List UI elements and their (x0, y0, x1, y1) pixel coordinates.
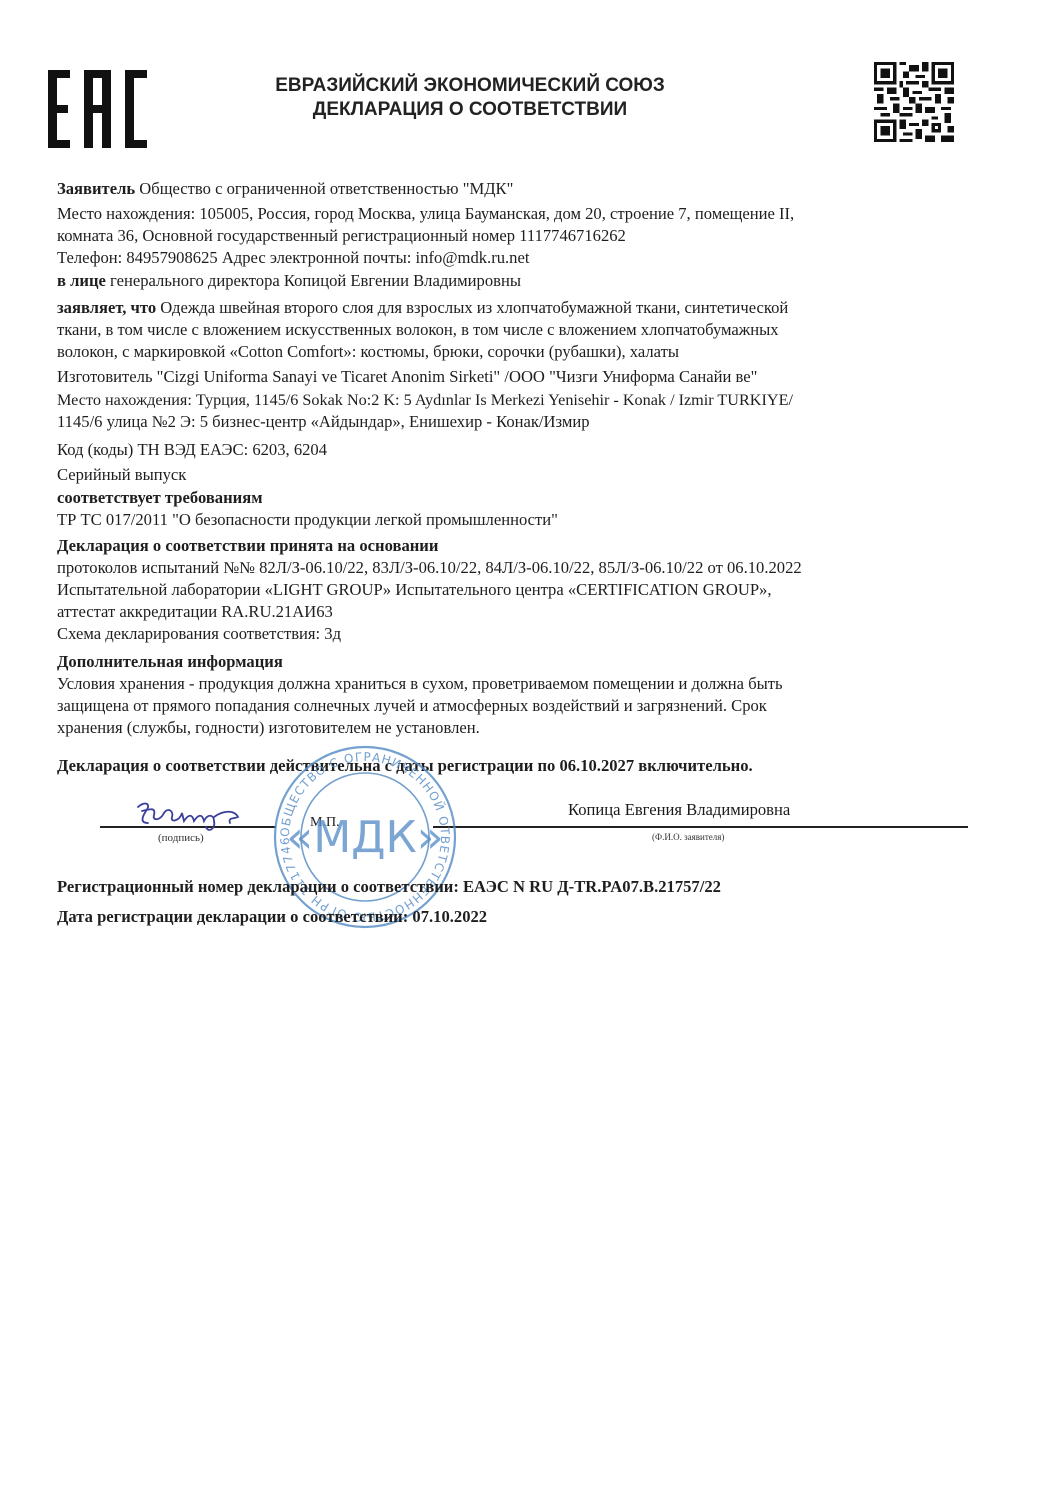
seal-center-text: «МДК» (286, 812, 443, 863)
declaration-scheme: Схема декларирования соответствия: 3д (57, 623, 341, 645)
accreditation: аттестат аккредитации RA.RU.21АИ63 (57, 601, 333, 623)
test-protocols: протоколов испытаний №№ 82Л/З-06.10/22, … (57, 557, 802, 579)
product-description-1: Одежда швейная второго слоя для взрослых… (156, 298, 788, 317)
storage-conditions-2: защищена от прямого попадания солнечных … (57, 695, 767, 717)
product-description-2: ткани, в том числе с вложением искусстве… (57, 319, 779, 341)
handwritten-signature (130, 795, 270, 835)
registration-number: Регистрационный номер декларации о соотв… (57, 876, 721, 898)
applicant-representative: в лице генерального директора Копицой Ев… (57, 270, 521, 292)
declares-label: заявляет, что (57, 298, 156, 317)
company-seal-stamp: ОБЩЕСТВО С ОГРАНИЧЕННОЙ ОТВЕТСТВЕННОСТЬЮ… (270, 742, 460, 932)
basis-label: Декларация о соответствии принята на осн… (57, 535, 438, 557)
tn-ved-codes: Код (коды) ТН ВЭД ЕАЭС: 6203, 6204 (57, 439, 327, 461)
product-description-3: волокон, с маркировкой «Cotton Comfort»:… (57, 341, 679, 363)
applicant-address-1: Место нахождения: 105005, Россия, город … (57, 203, 794, 225)
name-line (433, 826, 968, 828)
qr-code-icon[interactable] (874, 62, 954, 142)
manufacturer-name: Изготовитель "Cizgi Uniforma Sanayi ve T… (57, 366, 757, 388)
applicant-contacts: Телефон: 84957908625 Адрес электронной п… (57, 247, 529, 269)
applicant-label: Заявитель (57, 179, 135, 198)
serial-release: Серийный выпуск (57, 464, 186, 486)
signer-caption: (Ф.И.О. заявителя) (652, 832, 724, 842)
storage-conditions-3: хранения (службы, годности) изготовителе… (57, 717, 480, 739)
manufacturer-address-1: Место нахождения: Турция, 1145/6 Sokak N… (57, 389, 793, 411)
document-header: ЕВРАЗИЙСКИЙ ЭКОНОМИЧЕСКИЙ СОЮЗ ДЕКЛАРАЦИ… (180, 74, 760, 122)
applicant-name: Общество с ограниченной ответственностью… (135, 179, 513, 198)
technical-regulation: ТР ТС 017/2011 "О безопасности продукции… (57, 509, 558, 531)
additional-info-label: Дополнительная информация (57, 651, 283, 673)
test-laboratory: Испытательной лаборатории «LIGHT GROUP» … (57, 579, 772, 601)
manufacturer-address-2: 1145/6 улица №2 Э: 5 бизнес-центр «Айдын… (57, 411, 590, 433)
representative-label: в лице (57, 271, 106, 290)
storage-conditions-1: Условия хранения - продукция должна хран… (57, 673, 783, 695)
union-title: ЕВРАЗИЙСКИЙ ЭКОНОМИЧЕСКИЙ СОЮЗ (180, 74, 760, 98)
declares-line-1: заявляет, что Одежда швейная второго сло… (57, 297, 788, 319)
representative-name: генерального директора Копицой Евгении В… (106, 271, 521, 290)
requirements-label: соответствует требованиям (57, 487, 263, 509)
registration-date: Дата регистрации декларации о соответств… (57, 906, 487, 928)
declaration-title: ДЕКЛАРАЦИЯ О СООТВЕТСТВИИ (180, 98, 760, 122)
signer-name: Копица Евгения Владимировна (568, 800, 790, 820)
applicant-address-2: комната 36, Основной государственный рег… (57, 225, 626, 247)
applicant-line: Заявитель Общество с ограниченной ответс… (57, 178, 513, 200)
eac-logo (48, 70, 148, 148)
